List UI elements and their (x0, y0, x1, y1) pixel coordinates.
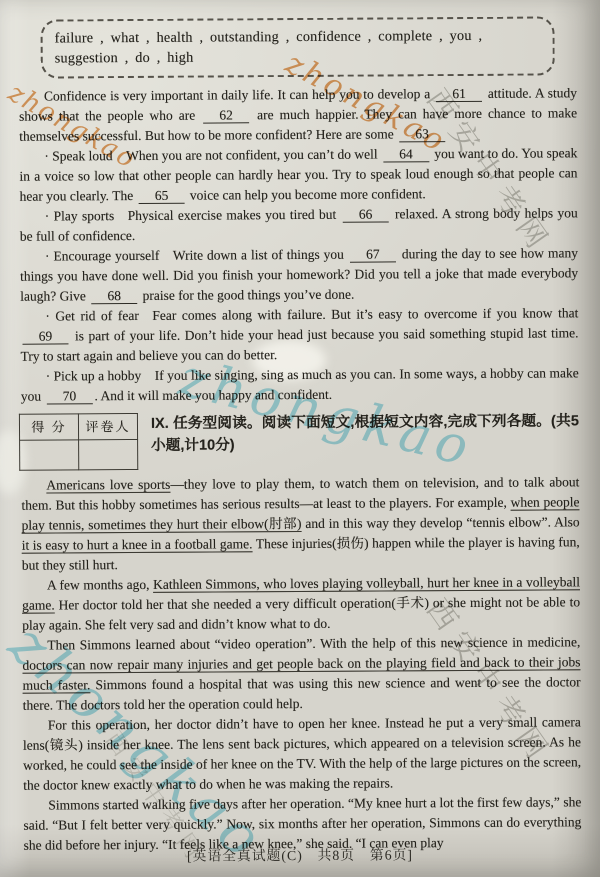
text-run: and in this way they develop “tennis elb… (301, 514, 579, 531)
fill-blank-67: 67 (350, 247, 396, 262)
fill-blank-65: 65 (138, 189, 184, 204)
passage-paragraph-3: Then Simmons learned about “video operat… (22, 632, 580, 715)
text-run: Confidence is very important in daily li… (44, 86, 434, 103)
cloze-bullet-get-rid-of-fear: · Get rid of fear Fear comes along with … (20, 303, 578, 366)
text-run: · Speak loud When you are not confident,… (44, 147, 381, 164)
underlined-phrase: it is easy to hurt a knee in a football … (22, 536, 253, 552)
page-footer: [英语全真试题(C) 共8页 第6页] (0, 842, 600, 865)
text-run: praise for the good things you’ve done. (139, 287, 354, 303)
passage-paragraph-1: Americans love sports—they love to play … (21, 472, 580, 575)
text-run: · Encourage yourself Write down a list o… (45, 247, 348, 264)
cloze-bullet-speak-loud: · Speak loud When you are not confident,… (19, 143, 577, 206)
text-run: Simmons found a hospital that was using … (23, 674, 581, 712)
fill-blank-61: 61 (436, 87, 482, 102)
passage-paragraph-2: A few months ago, Kathleen Simmons, who … (22, 572, 580, 635)
fill-blank-64: 64 (383, 147, 429, 162)
cloze-bullet-play-sports: · Play sports Physical exercise makes yo… (20, 203, 578, 246)
grader-cell-empty (79, 439, 138, 469)
cloze-intro-paragraph: Confidence is very important in daily li… (19, 83, 577, 146)
fill-blank-66: 66 (343, 207, 389, 222)
text-run: Then Simmons learned about “video operat… (47, 634, 580, 652)
fill-blank-63: 63 (399, 127, 445, 142)
cloze-bullet-encourage-yourself: · Encourage yourself Write down a list o… (20, 243, 578, 306)
score-label: 得 分 (19, 414, 78, 440)
text-run: · Get rid of fear Fear comes along with … (45, 305, 578, 323)
score-cell-empty (20, 440, 79, 470)
text-run: Her doctor told her that she needed a ve… (22, 594, 580, 632)
scanned-exam-page: failure , what , health , outstanding , … (0, 0, 600, 877)
text-run: is part of your life. Don’t hide your he… (21, 325, 579, 363)
fill-blank-70: 70 (46, 389, 92, 404)
section-9-row: 得 分 评卷人 IX. 任务型阅读。阅读下面短文,根据短文内容,完成下列各题。(… (21, 410, 579, 470)
section-9-heading: IX. 任务型阅读。阅读下面短文,根据短文内容,完成下列各题。(共5小题,计10… (151, 410, 579, 457)
text-run: . And it will make you happy and confide… (94, 387, 332, 403)
fill-blank-68: 68 (91, 289, 137, 304)
fill-blank-62: 62 (203, 108, 249, 123)
text-run: For this operation, her doctor didn’t ha… (23, 714, 581, 792)
word-bank-box: failure , what , health , outstanding , … (41, 16, 555, 78)
text-run: A few months ago, (47, 577, 153, 593)
underlined-phrase: Americans love sports (46, 477, 170, 493)
word-bank-words: failure , what , health , outstanding , … (55, 28, 483, 67)
fill-blank-69: 69 (22, 329, 68, 344)
text-run: voice can help you become more confident… (186, 186, 425, 202)
passage-paragraph-4: For this operation, her doctor didn’t ha… (23, 712, 581, 795)
cloze-bullet-pick-up-a-hobby: · Pick up a hobby If you like singing, s… (21, 363, 579, 406)
text-run: · Play sports Physical exercise makes yo… (45, 207, 341, 224)
grader-label: 评卷人 (78, 413, 137, 439)
exam-content: failure , what , health , outstanding , … (0, 0, 600, 856)
score-box-table: 得 分 评卷人 (19, 413, 138, 471)
